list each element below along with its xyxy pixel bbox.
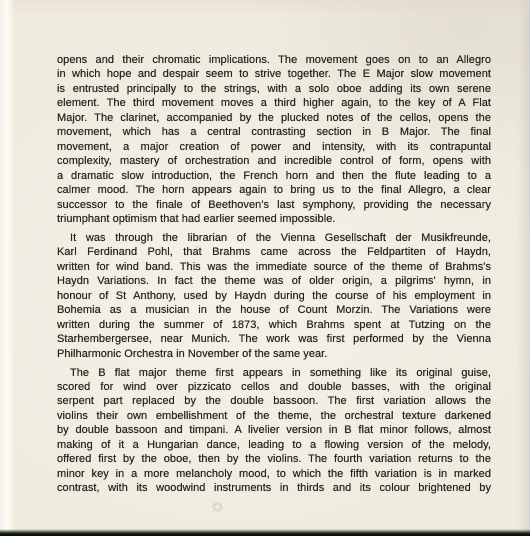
paragraph-3: The B flat major theme first appears in … bbox=[57, 366, 491, 496]
text-line: written during the summer of 1873, which… bbox=[57, 318, 491, 332]
scan-speck bbox=[196, 246, 198, 248]
text-line: complexity, mastery of orchestration and… bbox=[57, 154, 491, 168]
text-line: Bohemia as a musician in the house of Co… bbox=[57, 303, 491, 317]
text-line: a dramatic slow introduction, the French… bbox=[57, 169, 491, 183]
text-line: minor key in a more melancholy mood, to … bbox=[57, 467, 491, 481]
text-line: honour of St Anthony, used by Haydn duri… bbox=[57, 289, 491, 303]
paragraph-2: It was through the librarian of the Vien… bbox=[57, 231, 491, 361]
text-line: Karl Ferdinand Pohl, that Brahms came ac… bbox=[57, 245, 491, 259]
photo-bottom-edge bbox=[0, 529, 530, 536]
text-line: successor to the finale of Beethoven's l… bbox=[57, 198, 491, 212]
text-line: in which hope and despair seem to strive… bbox=[57, 67, 491, 81]
text-line: Starhembergersee, near Munich. The work … bbox=[57, 332, 491, 346]
paragraph-1: opens and their chromatic implications. … bbox=[57, 53, 491, 226]
text-line: making of it a Hungarian dance, leading … bbox=[57, 438, 491, 452]
text-line: Philharmonic Orchestra in November of th… bbox=[57, 347, 491, 361]
liner-notes-text-block: opens and their chromatic implications. … bbox=[57, 53, 491, 496]
text-line: movement, a major creation of power and … bbox=[57, 140, 491, 154]
scanned-booklet-page: opens and their chromatic implications. … bbox=[0, 0, 530, 536]
text-line: calmer mood. The horn appears again to b… bbox=[57, 183, 491, 197]
text-line: scored for wind over pizzicato cellos an… bbox=[57, 380, 491, 394]
text-line: triumphant optimism that had earlier see… bbox=[57, 212, 491, 226]
text-line: is entrusted principally to the strings,… bbox=[57, 82, 491, 96]
text-line: serpent part replaced by the double bass… bbox=[57, 394, 491, 408]
text-line: opens and their chromatic implications. … bbox=[57, 53, 491, 67]
text-line: The B flat major theme first appears in … bbox=[57, 366, 491, 380]
text-line: written for wind band. This was the imme… bbox=[57, 260, 491, 274]
text-line: element. The third movement moves a thir… bbox=[57, 96, 491, 110]
page-left-edge-highlight bbox=[0, 0, 15, 536]
text-line: by double bassoon and timpani. A livelie… bbox=[57, 423, 491, 437]
text-line: It was through the librarian of the Vien… bbox=[57, 231, 491, 245]
text-line: movement, which has a central contrastin… bbox=[57, 125, 491, 139]
text-line: violins their own embellishment of the t… bbox=[57, 409, 491, 423]
text-line: Major. The clarinet, accompanied by the … bbox=[57, 111, 491, 125]
text-line: offered first by the oboe, then by the v… bbox=[57, 452, 491, 466]
text-line: Haydn Variations. In fact the theme was … bbox=[57, 274, 491, 288]
scan-ring-artifact bbox=[213, 503, 222, 511]
text-line: contrast, with its woodwind instruments … bbox=[57, 481, 491, 495]
